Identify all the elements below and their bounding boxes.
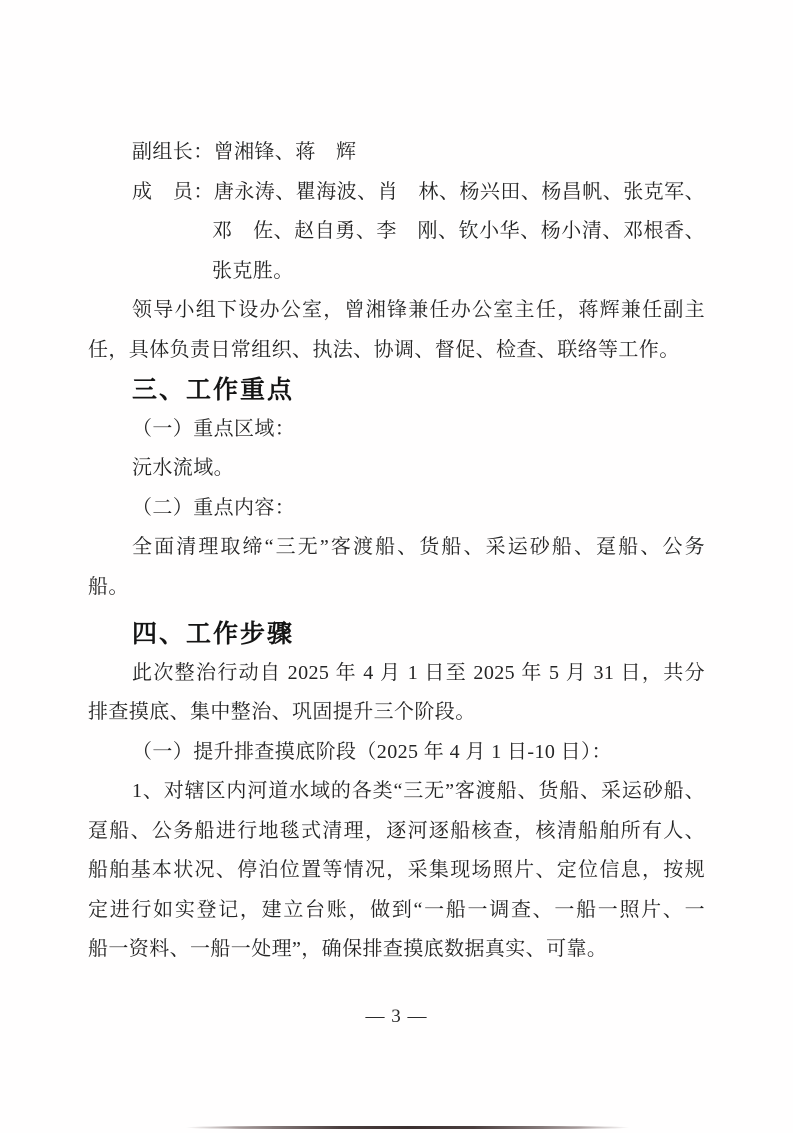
text-line: （一）提升排查摸底阶段（2025 年 4 月 1 日-10 日）： bbox=[88, 733, 705, 773]
text-line: 全面清理取缔“三无”客渡船、货船、采运砂船、趸船、公务 bbox=[88, 528, 705, 568]
text-line: 副组长：曾湘锋、蒋 辉 bbox=[88, 133, 705, 173]
text-line: 邓 佐、赵自勇、李 刚、钦小华、杨小清、邓根香、 bbox=[88, 212, 705, 252]
text-line: 船。 bbox=[88, 568, 705, 608]
text-line: 成 员：唐永涛、瞿海波、肖 林、杨兴田、杨昌帆、张克军、 bbox=[88, 173, 705, 213]
text-line: 定进行如实登记，建立台账，做到“一船一调查、一船一照片、一 bbox=[88, 891, 705, 931]
text-line: 1、对辖区内河道水域的各类“三无”客渡船、货船、采运砂船、 bbox=[88, 772, 705, 812]
text-line: 张克胜。 bbox=[88, 252, 705, 292]
text-line: 船舶基本状况、停泊位置等情况，采集现场照片、定位信息，按规 bbox=[88, 851, 705, 891]
text-line: 沅水流域。 bbox=[88, 449, 705, 489]
text-line: 船一资料、一船一处理”，确保排查摸底数据真实、可靠。 bbox=[88, 930, 705, 970]
document-body: 副组长：曾湘锋、蒋 辉成 员：唐永涛、瞿海波、肖 林、杨兴田、杨昌帆、张克军、邓… bbox=[88, 133, 705, 970]
text-line: （一）重点区域： bbox=[88, 410, 705, 450]
text-line: 此次整治行动自 2025 年 4 月 1 日至 2025 年 5 月 31 日，… bbox=[88, 654, 705, 694]
text-line: 三、工作重点 bbox=[88, 370, 705, 410]
text-line: （二）重点内容： bbox=[88, 489, 705, 529]
document-page: 副组长：曾湘锋、蒋 辉成 员：唐永涛、瞿海波、肖 林、杨兴田、杨昌帆、张克军、邓… bbox=[0, 0, 793, 1133]
text-line: 排查摸底、集中整治、巩固提升三个阶段。 bbox=[88, 693, 705, 733]
text-line: 领导小组下设办公室，曾湘锋兼任办公室主任，蒋辉兼任副主 bbox=[88, 291, 705, 331]
page-number: — 3 — bbox=[0, 1006, 793, 1028]
text-line: 趸船、公务船进行地毯式清理，逐河逐船核查，核清船舶所有人、 bbox=[88, 812, 705, 852]
text-line: 四、工作步骤 bbox=[88, 614, 705, 654]
text-line: 任，具体负责日常组织、执法、协调、督促、检查、联络等工作。 bbox=[88, 331, 705, 371]
scan-edge-artifact bbox=[185, 1126, 630, 1129]
